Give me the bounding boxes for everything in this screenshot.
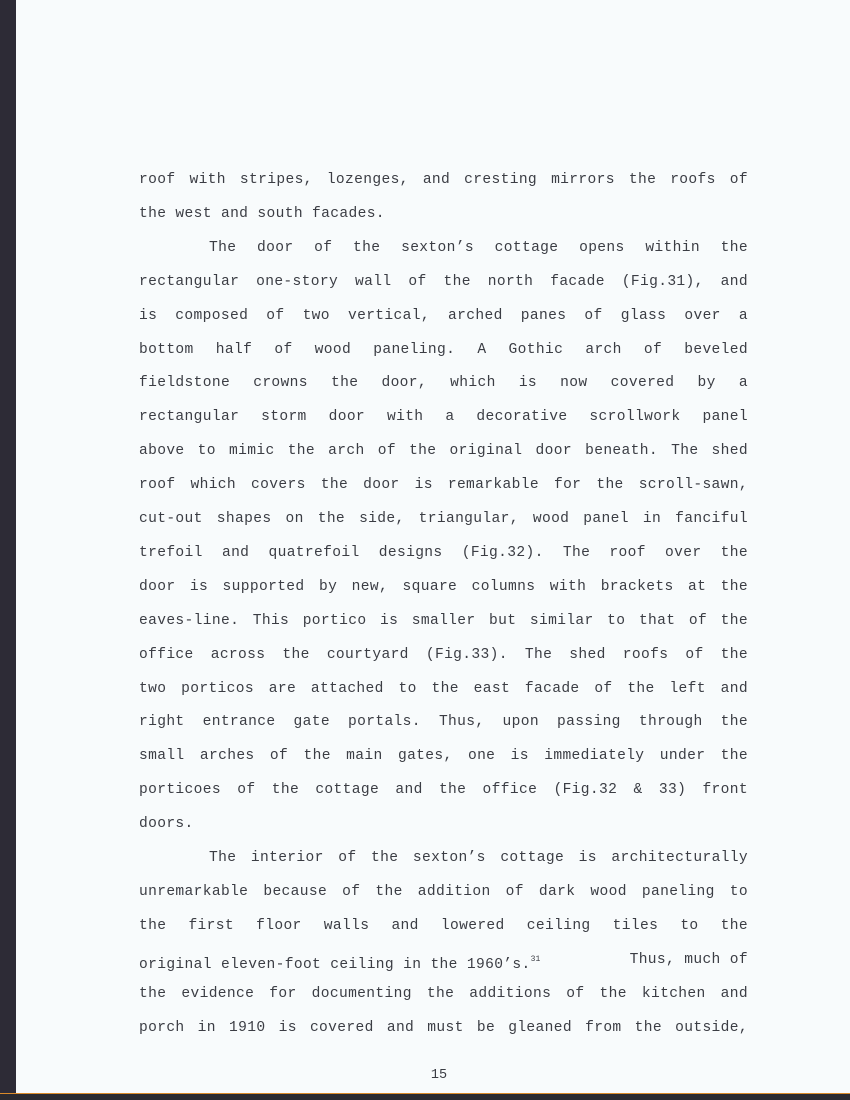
scan-left-edge: [0, 0, 16, 1100]
text-line: trefoil and quatrefoil designs (Fig.32).…: [139, 543, 748, 563]
text-line: bottom half of wood paneling. A Gothic a…: [139, 340, 748, 360]
text-line: cut-out shapes on the side, triangular, …: [139, 509, 748, 529]
text-line: office across the courtyard (Fig.33). Th…: [139, 645, 748, 665]
text-line: roof with stripes, lozenges, and crestin…: [139, 170, 748, 190]
text-line: roof which covers the door is remarkable…: [139, 475, 748, 495]
text-segment: original eleven-foot ceiling in the 1960…: [139, 957, 531, 973]
text-line: small arches of the main gates, one is i…: [139, 746, 748, 766]
text-line: the first floor walls and lowered ceilin…: [139, 916, 748, 936]
text-line: above to mimic the arch of the original …: [139, 441, 748, 461]
text-line: rectangular storm door with a decorative…: [139, 407, 748, 427]
text-line: the evidence for documenting the additio…: [139, 984, 748, 1004]
text-line: doors.: [139, 814, 748, 834]
text-line: The door of the sexton’s cottage opens w…: [209, 238, 748, 258]
text-line: the west and south facades.: [139, 204, 748, 224]
text-line: porticoes of the cottage and the office …: [139, 780, 748, 800]
text-line: porch in 1910 is covered and must be gle…: [139, 1018, 748, 1038]
text-line: rectangular one-story wall of the north …: [139, 272, 748, 292]
text-line: door is supported by new, square columns…: [139, 577, 748, 597]
text-line: two porticos are attached to the east fa…: [139, 679, 748, 699]
document-page: roof with stripes, lozenges, and crestin…: [16, 0, 850, 1093]
text-line: The interior of the sexton’s cottage is …: [209, 848, 748, 868]
text-line: eaves-line. This portico is smaller but …: [139, 611, 748, 631]
footnote-reference: 31: [531, 955, 541, 964]
text-line: unremarkable because of the addition of …: [139, 882, 748, 902]
text-segment-with-footnote: original eleven-foot ceiling in the 1960…: [139, 950, 540, 970]
text-line: is composed of two vertical, arched pane…: [139, 306, 748, 326]
scan-bottom-edge: [0, 1093, 850, 1100]
body-text: roof with stripes, lozenges, and crestin…: [16, 0, 850, 1093]
page-number: 15: [424, 1068, 454, 1083]
text-line: right entrance gate portals. Thus, upon …: [139, 712, 748, 732]
text-line: fieldstone crowns the door, which is now…: [139, 373, 748, 393]
text-segment: Thus, much of: [611, 950, 748, 970]
text-line: original eleven-foot ceiling in the 1960…: [139, 950, 748, 970]
